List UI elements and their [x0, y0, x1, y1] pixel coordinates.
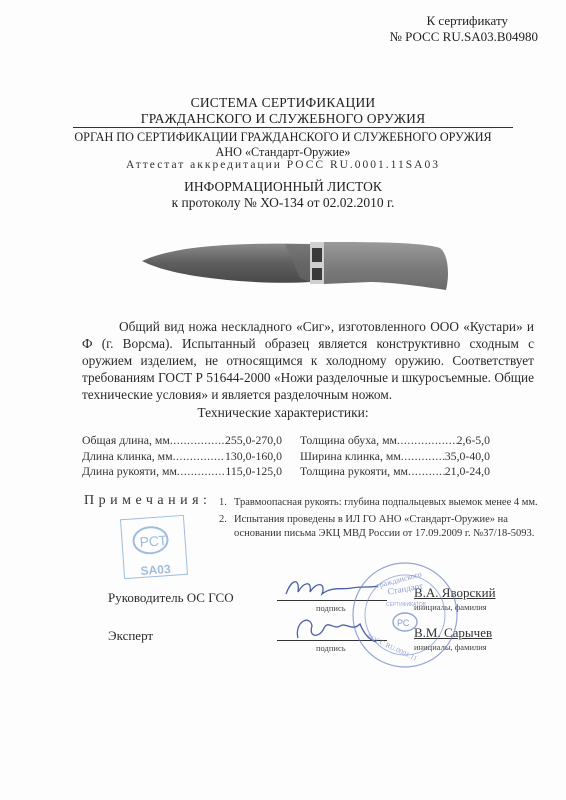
- knife-photo: [140, 218, 450, 298]
- spec-row: Толщина рукояти, мм21,0-24,0: [300, 464, 490, 480]
- document-title: ИНФОРМАЦИОННЫЙ ЛИСТОК: [0, 178, 566, 195]
- organ-title: ОРГАН ПО СЕРТИФИКАЦИИ ГРАЖДАНСКОГО И СЛУ…: [0, 129, 566, 145]
- description-paragraph: Общий вид ножа нескладного «Сиг», изгото…: [82, 318, 534, 403]
- certificate-reference-label: К сертификату: [426, 12, 508, 29]
- specs-right-column: Толщина обуха, мм2,6-5,0 Ширина клинка, …: [300, 433, 490, 480]
- role-head: Руководитель ОС ГСО: [108, 590, 234, 606]
- spec-row: Ширина клинка, мм35,0-40,0: [300, 449, 490, 465]
- spec-row: Длина рукояти, мм115,0-125,0: [82, 464, 282, 480]
- svg-text:СЕРТИФИКАТОВ: СЕРТИФИКАТОВ: [386, 602, 427, 608]
- logo-code: SA03: [124, 561, 187, 579]
- spec-row: Длина клинка, мм130,0-160,0: [82, 449, 282, 465]
- specs-left-column: Общая длина, мм255,0-270,0 Длина клинка,…: [82, 433, 282, 480]
- rst-mark-icon: РСТ: [121, 516, 186, 560]
- system-title-line2: ГРАЖДАНСКОГО И СЛУЖЕБНОГО ОРУЖИЯ: [0, 110, 566, 127]
- organ-name: АНО «Стандарт-Оружие»: [0, 144, 566, 160]
- note-item: 1.Травмоопасная рукоять: глубина подпаль…: [219, 496, 539, 510]
- organization-stamp: РС гражданского Стандарт СЕРТИФИКАТОВ РО…: [350, 560, 460, 670]
- system-title-line1: СИСТЕМА СЕРТИФИКАЦИИ: [0, 94, 566, 111]
- role-expert: Эксперт: [108, 628, 153, 644]
- spec-row: Общая длина, мм255,0-270,0: [82, 433, 282, 449]
- certificate-number: № РОСС RU.SA03.B04980: [389, 28, 538, 45]
- note-item: 2.Испытания проведены в ИЛ ГО АНО «Станд…: [219, 513, 539, 541]
- svg-text:РОСС RU.0001.11: РОСС RU.0001.11: [366, 633, 419, 663]
- notes-heading: Примечания:: [84, 493, 211, 509]
- svg-text:РСТ: РСТ: [139, 532, 168, 550]
- notes-list: 1.Травмоопасная рукоять: глубина подпаль…: [219, 496, 539, 544]
- accreditation-line: Аттестат аккредитации РОСС RU.0001.11SA0…: [0, 159, 566, 171]
- spec-row: Толщина обуха, мм2,6-5,0: [300, 433, 490, 449]
- svg-text:РС: РС: [397, 618, 410, 628]
- certification-logo: РСТ SA03: [120, 515, 188, 579]
- tech-specs-heading: Технические характеристики:: [0, 405, 566, 421]
- protocol-reference: к протоколу № ХО-134 от 02.02.2010 г.: [0, 194, 566, 211]
- header-divider: [73, 127, 513, 128]
